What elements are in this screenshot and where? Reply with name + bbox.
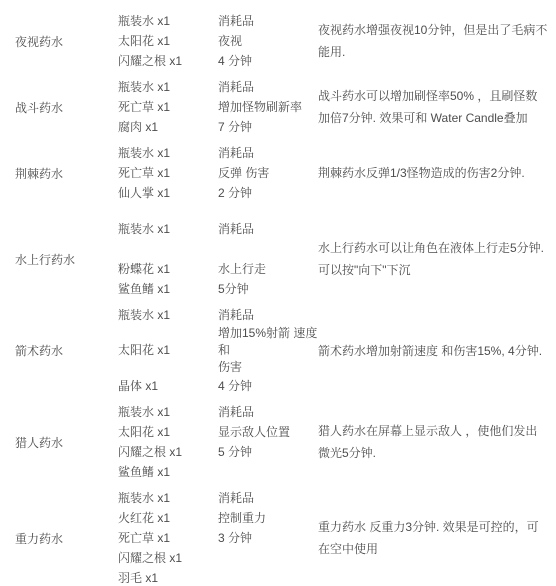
recipe-line: 鲨鱼鳍 x1	[118, 462, 318, 482]
recipe-lines: 瓶装水 x1 消耗品 太阳花 x1 增加15%射箭 速度和 伤害 晶体 x1 4…	[118, 305, 318, 396]
potion-description: 猎人药水在屏幕上显示敌人 ，使他们发出微光5分钟.	[318, 402, 556, 482]
potion-name: 箭术药水	[0, 305, 118, 396]
potion-description: 荆棘药水反弹1/3怪物造成的伤害2分钟.	[318, 143, 556, 203]
recipe-line: 火红花 x1 控制重力	[118, 508, 318, 528]
effect-label: 消耗品	[218, 404, 318, 421]
ingredient-quantity: 闪耀之根 x1	[118, 444, 218, 461]
effect-label: 消耗品	[218, 490, 318, 507]
ingredient-quantity: 死亡草 x1	[118, 530, 218, 547]
ingredient-quantity: 太阳花 x1	[118, 424, 218, 441]
ingredient-quantity: 火红花 x1	[118, 510, 218, 527]
potion-description: 水上行药水可以让角色在液体上行走5分钟. 可以按"向下"下沉	[318, 219, 556, 299]
ingredient-quantity: 死亡草 x1	[118, 99, 218, 116]
recipe-line: 瓶装水 x1 消耗品	[118, 219, 318, 239]
ingredient-quantity: 瓶装水 x1	[118, 13, 218, 30]
effect-label: 5分钟	[218, 281, 318, 298]
recipe-lines: 瓶装水 x1 消耗品 太阳花 x1 夜视 闪耀之根 x1 4 分钟	[118, 11, 318, 71]
recipe-line: 腐肉 x1 7 分钟	[118, 117, 318, 137]
effect-label: 5 分钟	[218, 444, 318, 461]
ingredient-quantity: 太阳花 x1	[118, 33, 218, 50]
potion-row: 夜视药水 瓶装水 x1 消耗品 太阳花 x1 夜视 闪耀之根 x1 4 分钟 夜…	[0, 8, 556, 74]
potion-name: 夜视药水	[0, 11, 118, 71]
ingredient-quantity: 死亡草 x1	[118, 165, 218, 182]
effect-label: 夜视	[218, 33, 318, 50]
recipe-line: 死亡草 x1 3 分钟	[118, 528, 318, 548]
effect-label: 2 分钟	[218, 185, 318, 202]
effect-label: 消耗品	[218, 221, 318, 238]
effect-label: 增加怪物刷新率	[218, 99, 318, 116]
recipe-line: 闪耀之根 x1 5 分钟	[118, 442, 318, 462]
effect-label: 显示敌人位置	[218, 424, 318, 441]
effect-label: 控制重力	[218, 510, 318, 527]
ingredient-quantity: 鲨鱼鳍 x1	[118, 281, 218, 298]
ingredient-quantity: 仙人掌 x1	[118, 185, 218, 202]
potion-name: 猎人药水	[0, 402, 118, 482]
recipe-line: 瓶装水 x1 消耗品	[118, 488, 318, 508]
recipe-lines: 瓶装水 x1 消耗品 火红花 x1 控制重力 死亡草 x1 3 分钟 闪耀之根 …	[118, 488, 318, 586]
ingredient-quantity: 腐肉 x1	[118, 119, 218, 136]
effect-label: 消耗品	[218, 307, 318, 324]
recipe-line: 鲨鱼鳍 x1 5分钟	[118, 279, 318, 299]
potion-name: 荆棘药水	[0, 143, 118, 203]
effect-label: 3 分钟	[218, 530, 318, 547]
recipe-line: 死亡草 x1 增加怪物刷新率	[118, 97, 318, 117]
effect-label: 反弹 伤害	[218, 165, 318, 182]
potion-rows-container: 夜视药水 瓶装水 x1 消耗品 太阳花 x1 夜视 闪耀之根 x1 4 分钟 夜…	[0, 8, 556, 586]
recipe-line: 粉蝶花 x1 水上行走	[118, 259, 318, 279]
recipe-lines: 瓶装水 x1 消耗品 死亡草 x1 增加怪物刷新率 腐肉 x1 7 分钟	[118, 77, 318, 137]
ingredient-quantity: 太阳花 x1	[118, 342, 218, 359]
effect-label: 4 分钟	[218, 378, 318, 395]
recipe-lines: 瓶装水 x1 消耗品 死亡草 x1 反弹 伤害 仙人掌 x1 2 分钟	[118, 143, 318, 203]
potion-description: 夜视药水增强夜视10分钟，但是出了毛病不能用.	[318, 11, 556, 71]
ingredient-quantity: 瓶装水 x1	[118, 404, 218, 421]
potion-row: 战斗药水 瓶装水 x1 消耗品 死亡草 x1 增加怪物刷新率 腐肉 x1 7 分…	[0, 74, 556, 140]
potion-description: 重力药水 反重力3分钟. 效果是可控的，可在空中使用	[318, 488, 556, 586]
ingredient-quantity: 瓶装水 x1	[118, 490, 218, 507]
ingredient-quantity: 闪耀之根 x1	[118, 550, 218, 567]
potion-name: 水上行药水	[0, 219, 118, 299]
potion-description: 战斗药水可以增加刷怪率50% ，且刷怪数加倍7分钟. 效果可和 Water Ca…	[318, 77, 556, 137]
recipe-line: 瓶装水 x1 消耗品	[118, 402, 318, 422]
ingredient-quantity: 瓶装水 x1	[118, 307, 218, 324]
recipe-line: 仙人掌 x1 2 分钟	[118, 183, 318, 203]
recipe-line: 晶体 x1 4 分钟	[118, 376, 318, 396]
recipe-line: 闪耀之根 x1 4 分钟	[118, 51, 318, 71]
ingredient-quantity: 鲨鱼鳍 x1	[118, 464, 218, 481]
recipe-line: 死亡草 x1 反弹 伤害	[118, 163, 318, 183]
recipe-lines: 瓶装水 x1 消耗品 粉蝶花 x1 水上行走 鲨鱼鳍 x1 5分钟	[118, 219, 318, 299]
ingredient-quantity: 粉蝶花 x1	[118, 261, 218, 278]
recipe-line: 瓶装水 x1 消耗品	[118, 143, 318, 163]
ingredient-quantity: 瓶装水 x1	[118, 79, 218, 96]
effect-label: 4 分钟	[218, 53, 318, 70]
potion-recipe-table: 夜视药水 瓶装水 x1 消耗品 太阳花 x1 夜视 闪耀之根 x1 4 分钟 夜…	[0, 0, 556, 586]
effect-label: 增加15%射箭 速度和 伤害	[218, 325, 318, 376]
recipe-line: 闪耀之根 x1	[118, 548, 318, 568]
effect-label: 消耗品	[218, 79, 318, 96]
ingredient-quantity: 晶体 x1	[118, 378, 218, 395]
recipe-line: 太阳花 x1 显示敌人位置	[118, 422, 318, 442]
recipe-line: 羽毛 x1	[118, 568, 318, 586]
effect-label: 消耗品	[218, 145, 318, 162]
recipe-line	[118, 239, 318, 259]
recipe-line: 瓶装水 x1 消耗品	[118, 77, 318, 97]
effect-label: 7 分钟	[218, 119, 318, 136]
potion-description: 箭术药水增加射箭速度 和伤害15%, 4分钟.	[318, 305, 556, 396]
recipe-line: 瓶装水 x1 消耗品	[118, 305, 318, 325]
effect-label: 消耗品	[218, 13, 318, 30]
potion-row: 荆棘药水 瓶装水 x1 消耗品 死亡草 x1 反弹 伤害 仙人掌 x1 2 分钟…	[0, 140, 556, 206]
potion-name: 重力药水	[0, 488, 118, 586]
ingredient-quantity: 瓶装水 x1	[118, 221, 218, 238]
potion-row: 水上行药水 瓶装水 x1 消耗品 粉蝶花 x1 水上行走 鲨鱼鳍 x1 5分钟 …	[0, 216, 556, 302]
recipe-line: 瓶装水 x1 消耗品	[118, 11, 318, 31]
effect-label: 水上行走	[218, 261, 318, 278]
potion-row: 箭术药水 瓶装水 x1 消耗品 太阳花 x1 增加15%射箭 速度和 伤害 晶体…	[0, 302, 556, 399]
recipe-lines: 瓶装水 x1 消耗品 太阳花 x1 显示敌人位置 闪耀之根 x1 5 分钟 鲨鱼…	[118, 402, 318, 482]
potion-row: 重力药水 瓶装水 x1 消耗品 火红花 x1 控制重力 死亡草 x1 3 分钟 …	[0, 485, 556, 586]
ingredient-quantity: 瓶装水 x1	[118, 145, 218, 162]
potion-name: 战斗药水	[0, 77, 118, 137]
potion-row: 猎人药水 瓶装水 x1 消耗品 太阳花 x1 显示敌人位置 闪耀之根 x1 5 …	[0, 399, 556, 485]
ingredient-quantity: 羽毛 x1	[118, 570, 218, 586]
recipe-line: 太阳花 x1 增加15%射箭 速度和 伤害	[118, 325, 318, 376]
recipe-line: 太阳花 x1 夜视	[118, 31, 318, 51]
ingredient-quantity: 闪耀之根 x1	[118, 53, 218, 70]
